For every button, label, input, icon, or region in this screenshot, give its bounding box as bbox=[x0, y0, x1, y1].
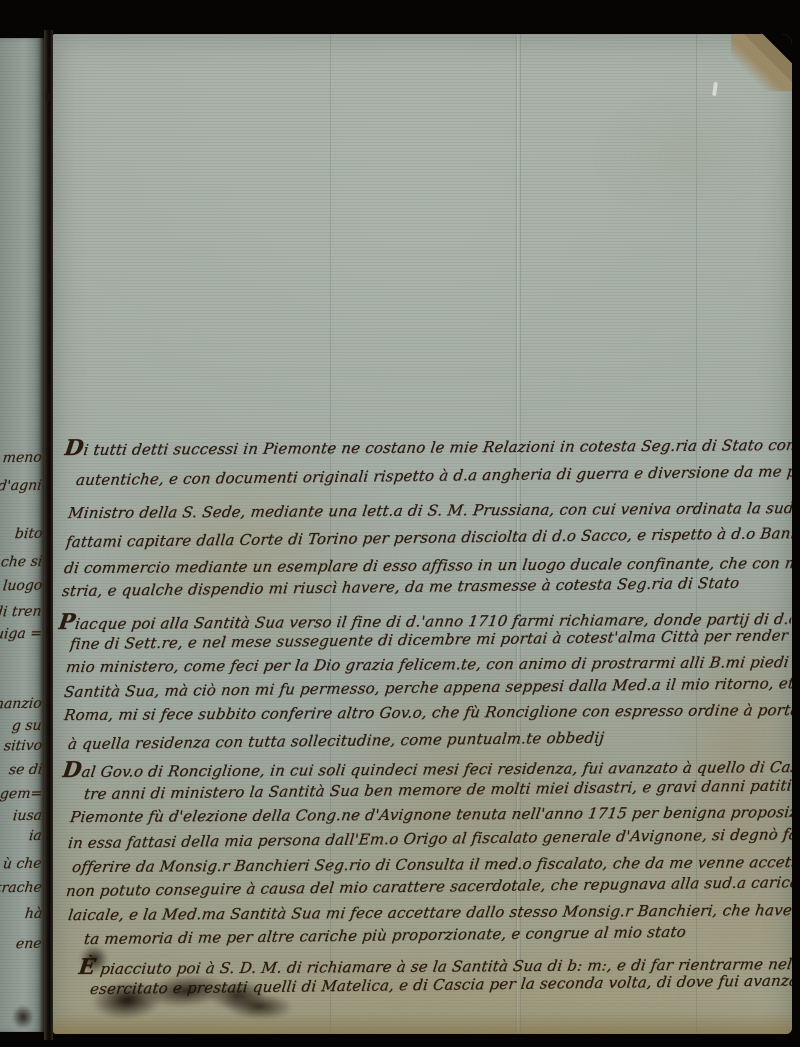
margin-fragment: nanzio bbox=[0, 696, 43, 713]
margin-fragment: gem= bbox=[0, 786, 43, 803]
margin-fragment: g su bbox=[12, 718, 43, 735]
manuscript-line: in essa fattasi della mia persona dall'E… bbox=[67, 825, 792, 852]
facing-page-edge: e meno d'agni bito che si l luogo di tre… bbox=[0, 38, 44, 1032]
manuscript-line: autentiche, e con documenti originali ri… bbox=[75, 462, 792, 489]
margin-fragment: l luogo bbox=[0, 578, 43, 595]
margin-fragment: hà bbox=[24, 906, 43, 922]
margin-fragment: se di bbox=[8, 762, 43, 779]
margin-fragment: trache bbox=[0, 880, 43, 897]
manuscript-line: Roma, mi si fece subbito conferire altro… bbox=[63, 701, 792, 724]
manuscript-line: à quella residenza con tutta sollecitudi… bbox=[67, 728, 605, 753]
ink-blot bbox=[71, 939, 117, 979]
manuscript-line: offerire da Monsig.r Banchieri Seg.rio d… bbox=[71, 853, 792, 876]
margin-fragment: bito bbox=[14, 526, 43, 542]
manuscript-page: Di tutti detti successi in Piemonte ne c… bbox=[53, 34, 792, 1034]
gutter-ink-mark bbox=[45, 92, 52, 102]
margin-fragment: che si bbox=[0, 554, 43, 571]
margin-fragment: ù che bbox=[3, 856, 43, 873]
manuscript-line: ta memoria di me per altre cariche più p… bbox=[83, 923, 687, 948]
binding-gutter bbox=[44, 30, 53, 1040]
manuscript-line: stria, e qualche dispendio mi riuscì hav… bbox=[61, 574, 740, 600]
manuscript-line: Santità Sua, mà ciò non mi fu permesso, … bbox=[63, 674, 792, 701]
margin-fragment: iusa bbox=[12, 808, 43, 825]
margin-fragment: sitivo bbox=[3, 738, 43, 755]
scanned-manuscript: e meno d'agni bito che si l luogo di tre… bbox=[0, 0, 800, 1047]
manuscript-line: non potuto conseguire à causa del mio ca… bbox=[65, 873, 792, 900]
margin-fragment: ia bbox=[28, 828, 43, 844]
manuscript-line: Ministro della S. Sede, mediante una let… bbox=[67, 499, 792, 522]
manuscript-line: Di tutti detti successi in Piemonte ne c… bbox=[63, 431, 792, 461]
handwritten-text-block: Di tutti detti successi in Piemonte ne c… bbox=[53, 34, 792, 1034]
margin-fragment: e meno bbox=[0, 450, 43, 467]
margin-fragment: uiga = bbox=[0, 626, 43, 643]
ink-blot bbox=[6, 1000, 40, 1032]
margin-fragment: ene bbox=[16, 936, 43, 952]
margin-fragment: di tren bbox=[0, 604, 43, 621]
manuscript-line: mio ministero, come feci per la Dio graz… bbox=[65, 653, 792, 676]
scan-background-edge bbox=[792, 0, 800, 1047]
manuscript-line: fattami capitare dalla Corte di Torino p… bbox=[65, 524, 792, 551]
manuscript-line: Piemonte fù d'elezione della Cong.ne d'A… bbox=[69, 803, 792, 826]
margin-fragment: d'agni bbox=[0, 478, 43, 495]
manuscript-line: laicale, e la Med.ma Santità Sua mi fece… bbox=[67, 901, 792, 924]
ink-blot bbox=[202, 986, 314, 1026]
